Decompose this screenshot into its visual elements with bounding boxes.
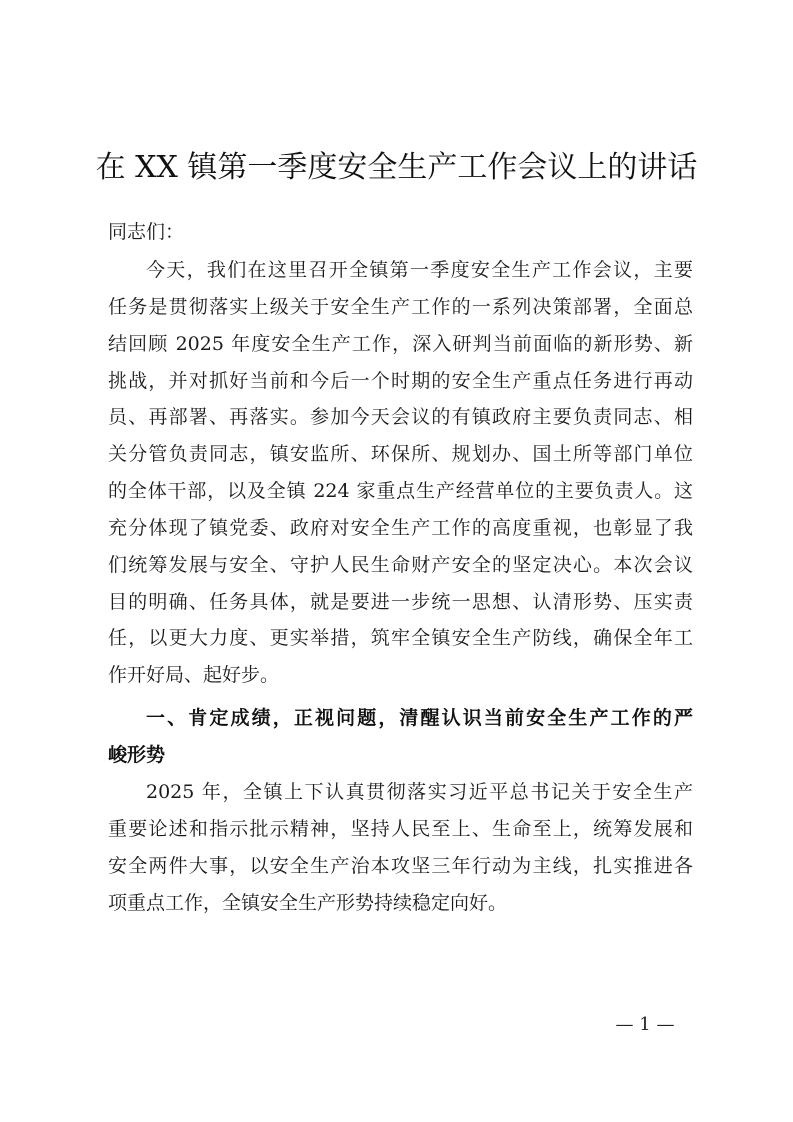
paragraph-line: 关分管负责同志，镇安监所、环保所、规划办、国土所等部门单位 (108, 440, 693, 468)
paragraph-line: 作开好局、起好步。 (108, 661, 693, 689)
paragraph-line: 任，以更大力度、更实举措，筑牢全镇安全生产防线，确保全年工 (108, 624, 693, 652)
section-heading-line: 峻形势 (108, 741, 693, 769)
paragraph-line: 2025 年，全镇上下认真贯彻落实习近平总书记关于安全生产 (146, 778, 693, 806)
paragraph-line: 们统筹发展与安全、守护人民生命财产安全的坚定决心。本次会议 (108, 551, 693, 579)
document-page: 在 XX 镇第一季度安全生产工作会议上的讲话 同志们： 今天，我们在这里召开全镇… (0, 0, 793, 1122)
document-title: 在 XX 镇第一季度安全生产工作会议上的讲话 (0, 146, 793, 190)
paragraph-line: 项重点工作，全镇安全生产形势持续稳定向好。 (108, 889, 693, 917)
paragraph-line: 结回顾 2025 年度安全生产工作，深入研判当前面临的新形势、新 (108, 330, 693, 358)
page-number: — 1 — (600, 1014, 690, 1035)
paragraph-line: 员、再部署、再落实。参加今天会议的有镇政府主要负责同志、相 (108, 403, 693, 431)
salutation: 同志们： (108, 218, 693, 246)
paragraph-line: 安全两件大事，以安全生产治本攻坚三年行动为主线，扎实推进各 (108, 852, 693, 880)
paragraph-line: 目的明确、任务具体，就是要进一步统一思想、认清形势、压实责 (108, 588, 693, 616)
paragraph-line: 今天，我们在这里召开全镇第一季度安全生产工作会议，主要 (146, 256, 693, 284)
section-heading-line: 一、肯定成绩，正视问题，清醒认识当前安全生产工作的严 (146, 704, 693, 732)
paragraph-line: 任务是贯彻落实上级关于安全生产工作的一系列决策部署，全面总 (108, 293, 693, 321)
paragraph-line: 重要论述和指示批示精神，坚持人民至上、生命至上，统筹发展和 (108, 815, 693, 843)
paragraph-line: 充分体现了镇党委、政府对安全生产工作的高度重视，也彰显了我 (108, 514, 693, 542)
paragraph-line: 挑战，并对抓好当前和今后一个时期的安全生产重点任务进行再动 (108, 367, 693, 395)
paragraph-line: 的全体干部，以及全镇 224 家重点生产经营单位的主要负责人。这 (108, 477, 693, 505)
